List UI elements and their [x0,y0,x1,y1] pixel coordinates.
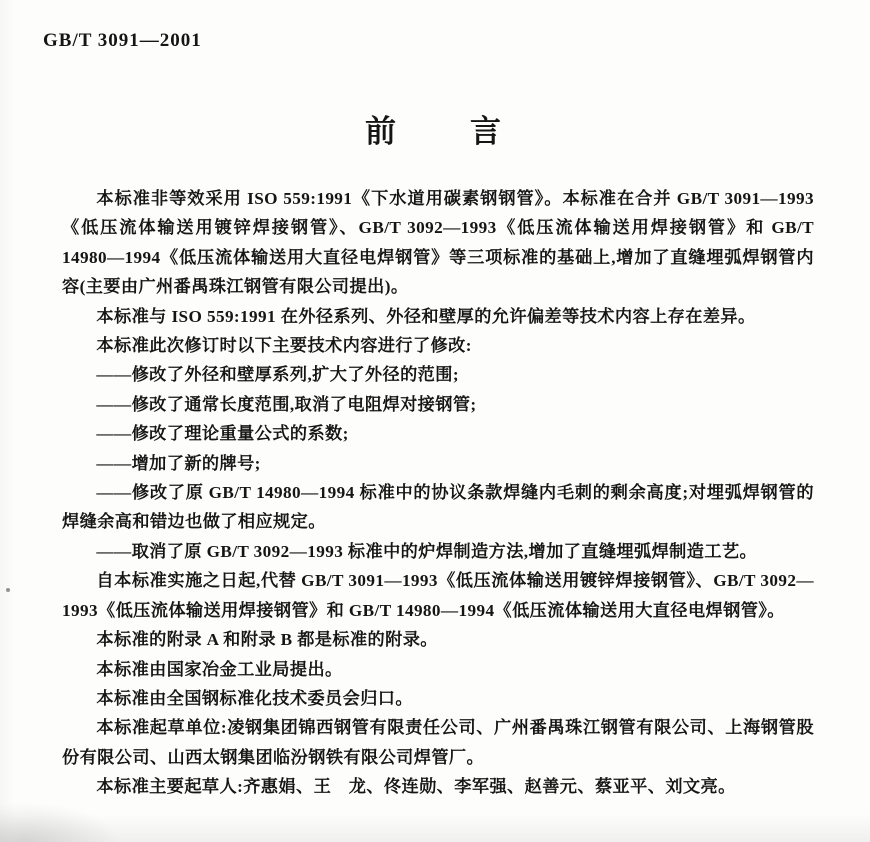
page-title-foreword: 前 言 [0,106,870,151]
paragraph-main-drafters: 本标准主要起草人:齐惠娟、王 龙、佟连勋、李军强、赵善元、蔡亚平、刘文亮。 [62,772,814,801]
paragraph-drafting-organizations: 本标准起草单位:凌钢集团锦西钢管有限责任公司、广州番禺珠江钢管有限公司、上海钢管… [62,713,814,772]
paragraph-revision-item-2: ——修改了通常长度范围,取消了电阻焊对接钢管; [62,390,814,419]
paragraph-revision-item-6: ——取消了原 GB/T 3092—1993 标准中的炉焊制造方法,增加了直缝埋弧… [62,537,814,566]
paragraph-proposer-statement: 本标准由国家冶金工业局提出。 [62,655,814,684]
paragraph-difference-statement: 本标准与 ISO 559:1991 在外径系列、外径和壁厚的允许偏差等技术内容上… [62,302,814,331]
standard-number: GB/T 3091—2001 [43,30,202,52]
paragraph-revision-item-5: ——修改了原 GB/T 14980—1994 标准中的协议条款焊缝内毛刺的剩余高… [62,478,814,537]
document-page: GB/T 3091—2001 前 言 本标准非等效采用 ISO 559:1991… [0,0,870,842]
paragraph-appendix-statement: 本标准的附录 A 和附录 B 都是标准的附录。 [62,625,814,654]
foreword-body: 本标准非等效采用 ISO 559:1991《下水道用碳素钢钢管》。本标准在合并 … [62,184,814,802]
paragraph-adoption-statement: 本标准非等效采用 ISO 559:1991《下水道用碳素钢钢管》。本标准在合并 … [62,184,814,302]
paragraph-revision-item-4: ——增加了新的牌号; [62,449,814,478]
scan-artifact-smudge [0,802,120,842]
paragraph-committee-statement: 本标准由全国钢标准化技术委员会归口。 [62,684,814,713]
paragraph-revision-intro: 本标准此次修订时以下主要技术内容进行了修改: [62,331,814,360]
paragraph-replacement-statement: 自本标准实施之日起,代替 GB/T 3091—1993《低压流体输送用镀锌焊接钢… [62,566,814,625]
scan-artifact-dot [6,588,10,592]
paragraph-revision-item-3: ——修改了理论重量公式的系数; [62,419,814,448]
paragraph-revision-item-1: ——修改了外径和壁厚系列,扩大了外径的范围; [62,360,814,389]
